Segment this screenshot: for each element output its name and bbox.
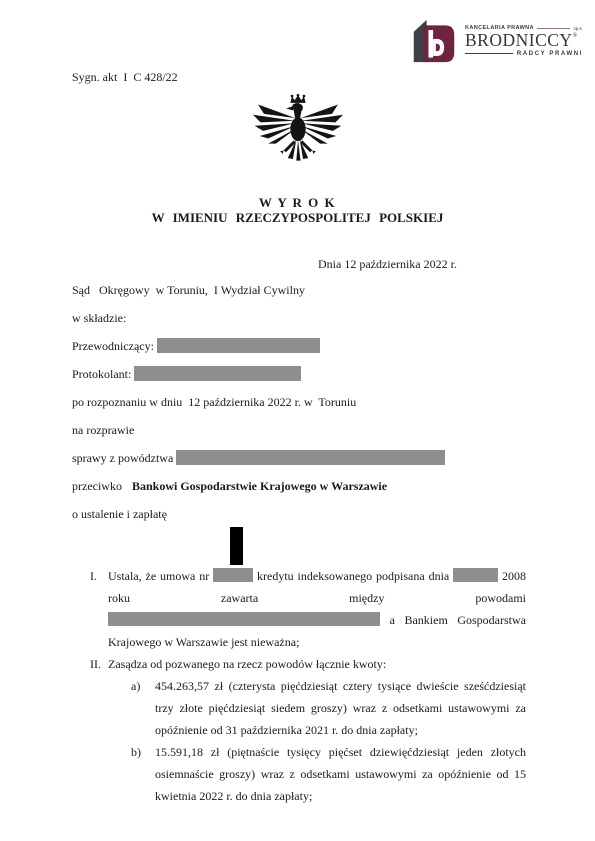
defendant-prefix: przeciwko <box>72 479 122 493</box>
redaction-bar <box>453 568 498 582</box>
ruling-item-2: II. Zasądza od pozwanego na rzecz powodó… <box>90 653 526 675</box>
defendant-line: przeciwkoBankowi Gospodarstwie Krajowego… <box>72 472 534 500</box>
ruling-list: I. Ustala, że umowa nr kredytu indeksowa… <box>90 565 526 807</box>
judgment-title: W Y R O K <box>0 195 595 210</box>
judgment-title-block: W Y R O K W IMIENIU RZECZYPOSPOLITEJ POL… <box>0 195 595 225</box>
redaction-bar <box>213 568 253 582</box>
law-firm-logo: KANCELARIA PRAWNA sp.k. BRODNICCY® RADCY… <box>410 18 583 64</box>
defendant-name: Bankowi Gospodarstwie Krajowego w Warsza… <box>132 479 387 493</box>
ruling-subitem-b: b) 15.591,18 zł (piętnaście tysięcy pięć… <box>131 741 526 807</box>
logo-firm-name-text: BRODNICCY <box>465 30 573 50</box>
redaction-bar-black <box>230 527 243 565</box>
composition-label: w składzie: <box>72 304 534 332</box>
judgment-date: Dnia 12 października 2022 r. <box>318 257 457 271</box>
ruling-subitem-text: 454.263,57 zł (czterysta pięćdziesiąt cz… <box>155 675 526 741</box>
ruling-item-1: I. Ustala, że umowa nr kredytu indeksowa… <box>90 565 526 653</box>
court-line: Sąd Okręgowy w Toruniu, I Wydział Cywiln… <box>72 276 534 304</box>
judge-label: Przewodniczący: <box>72 339 154 353</box>
ruling-subitem-number: b) <box>131 741 155 807</box>
ruling-item-number: I. <box>90 565 108 653</box>
registered-trademark-icon: ® <box>573 33 578 39</box>
logo-subtitle-row: RADCY PRAWNI <box>465 51 583 57</box>
claim-label: sprawy z powództwa <box>72 451 173 465</box>
redaction-bar <box>134 366 301 381</box>
judge-line: Przewodniczący: <box>72 332 534 360</box>
logo-divider-line <box>465 53 513 54</box>
ruling-subitem-text: 15.591,18 zł (piętnaście tysięcy pięćset… <box>155 741 526 807</box>
claim-line: sprawy z powództwa <box>72 444 534 472</box>
ruling-text-segment: Ustala, że umowa nr <box>108 569 213 583</box>
court-judgment-page: KANCELARIA PRAWNA sp.k. BRODNICCY® RADCY… <box>0 0 595 841</box>
redaction-bar <box>157 338 320 353</box>
judgment-subtitle: W IMIENIU RZECZYPOSPOLITEJ POLSKIEJ <box>0 210 595 225</box>
emblem-container <box>0 92 595 185</box>
logo-subtitle: RADCY PRAWNI <box>517 51 583 57</box>
ruling-item-text: Zasądza od pozwanego na rzecz powodów łą… <box>108 653 526 675</box>
law-firm-logo-mark-icon <box>410 18 458 64</box>
logo-suffix: sp.k. <box>573 26 583 31</box>
hearing-line: po rozpoznaniu w dniu 12 października 20… <box>72 388 534 416</box>
ruling-item-number: II. <box>90 653 108 675</box>
ruling-subitem-number: a) <box>131 675 155 741</box>
subject-line: o ustalenie i zapłatę <box>72 500 534 528</box>
redaction-bar <box>176 450 445 465</box>
clerk-label: Protokolant: <box>72 367 131 381</box>
trial-line: na rozprawie <box>72 416 534 444</box>
polish-eagle-emblem-icon <box>247 92 349 180</box>
case-header-block: Sąd Okręgowy w Toruniu, I Wydział Cywiln… <box>72 276 534 528</box>
ruling-text-segment: kredytu indeksowanego podpisana dnia <box>253 569 453 583</box>
law-firm-logo-text: KANCELARIA PRAWNA sp.k. BRODNICCY® RADCY… <box>465 25 583 56</box>
ruling-item-text: Ustala, że umowa nr kredytu indeksowaneg… <box>108 565 526 653</box>
ruling-subitem-a: a) 454.263,57 zł (czterysta pięćdziesiąt… <box>131 675 526 741</box>
case-number: Sygn. akt I C 428/22 <box>72 70 178 85</box>
logo-firm-name: BRODNICCY® <box>465 31 583 49</box>
redaction-bar <box>108 612 380 626</box>
clerk-line: Protokolant: <box>72 360 534 388</box>
logo-divider-line <box>537 28 571 29</box>
